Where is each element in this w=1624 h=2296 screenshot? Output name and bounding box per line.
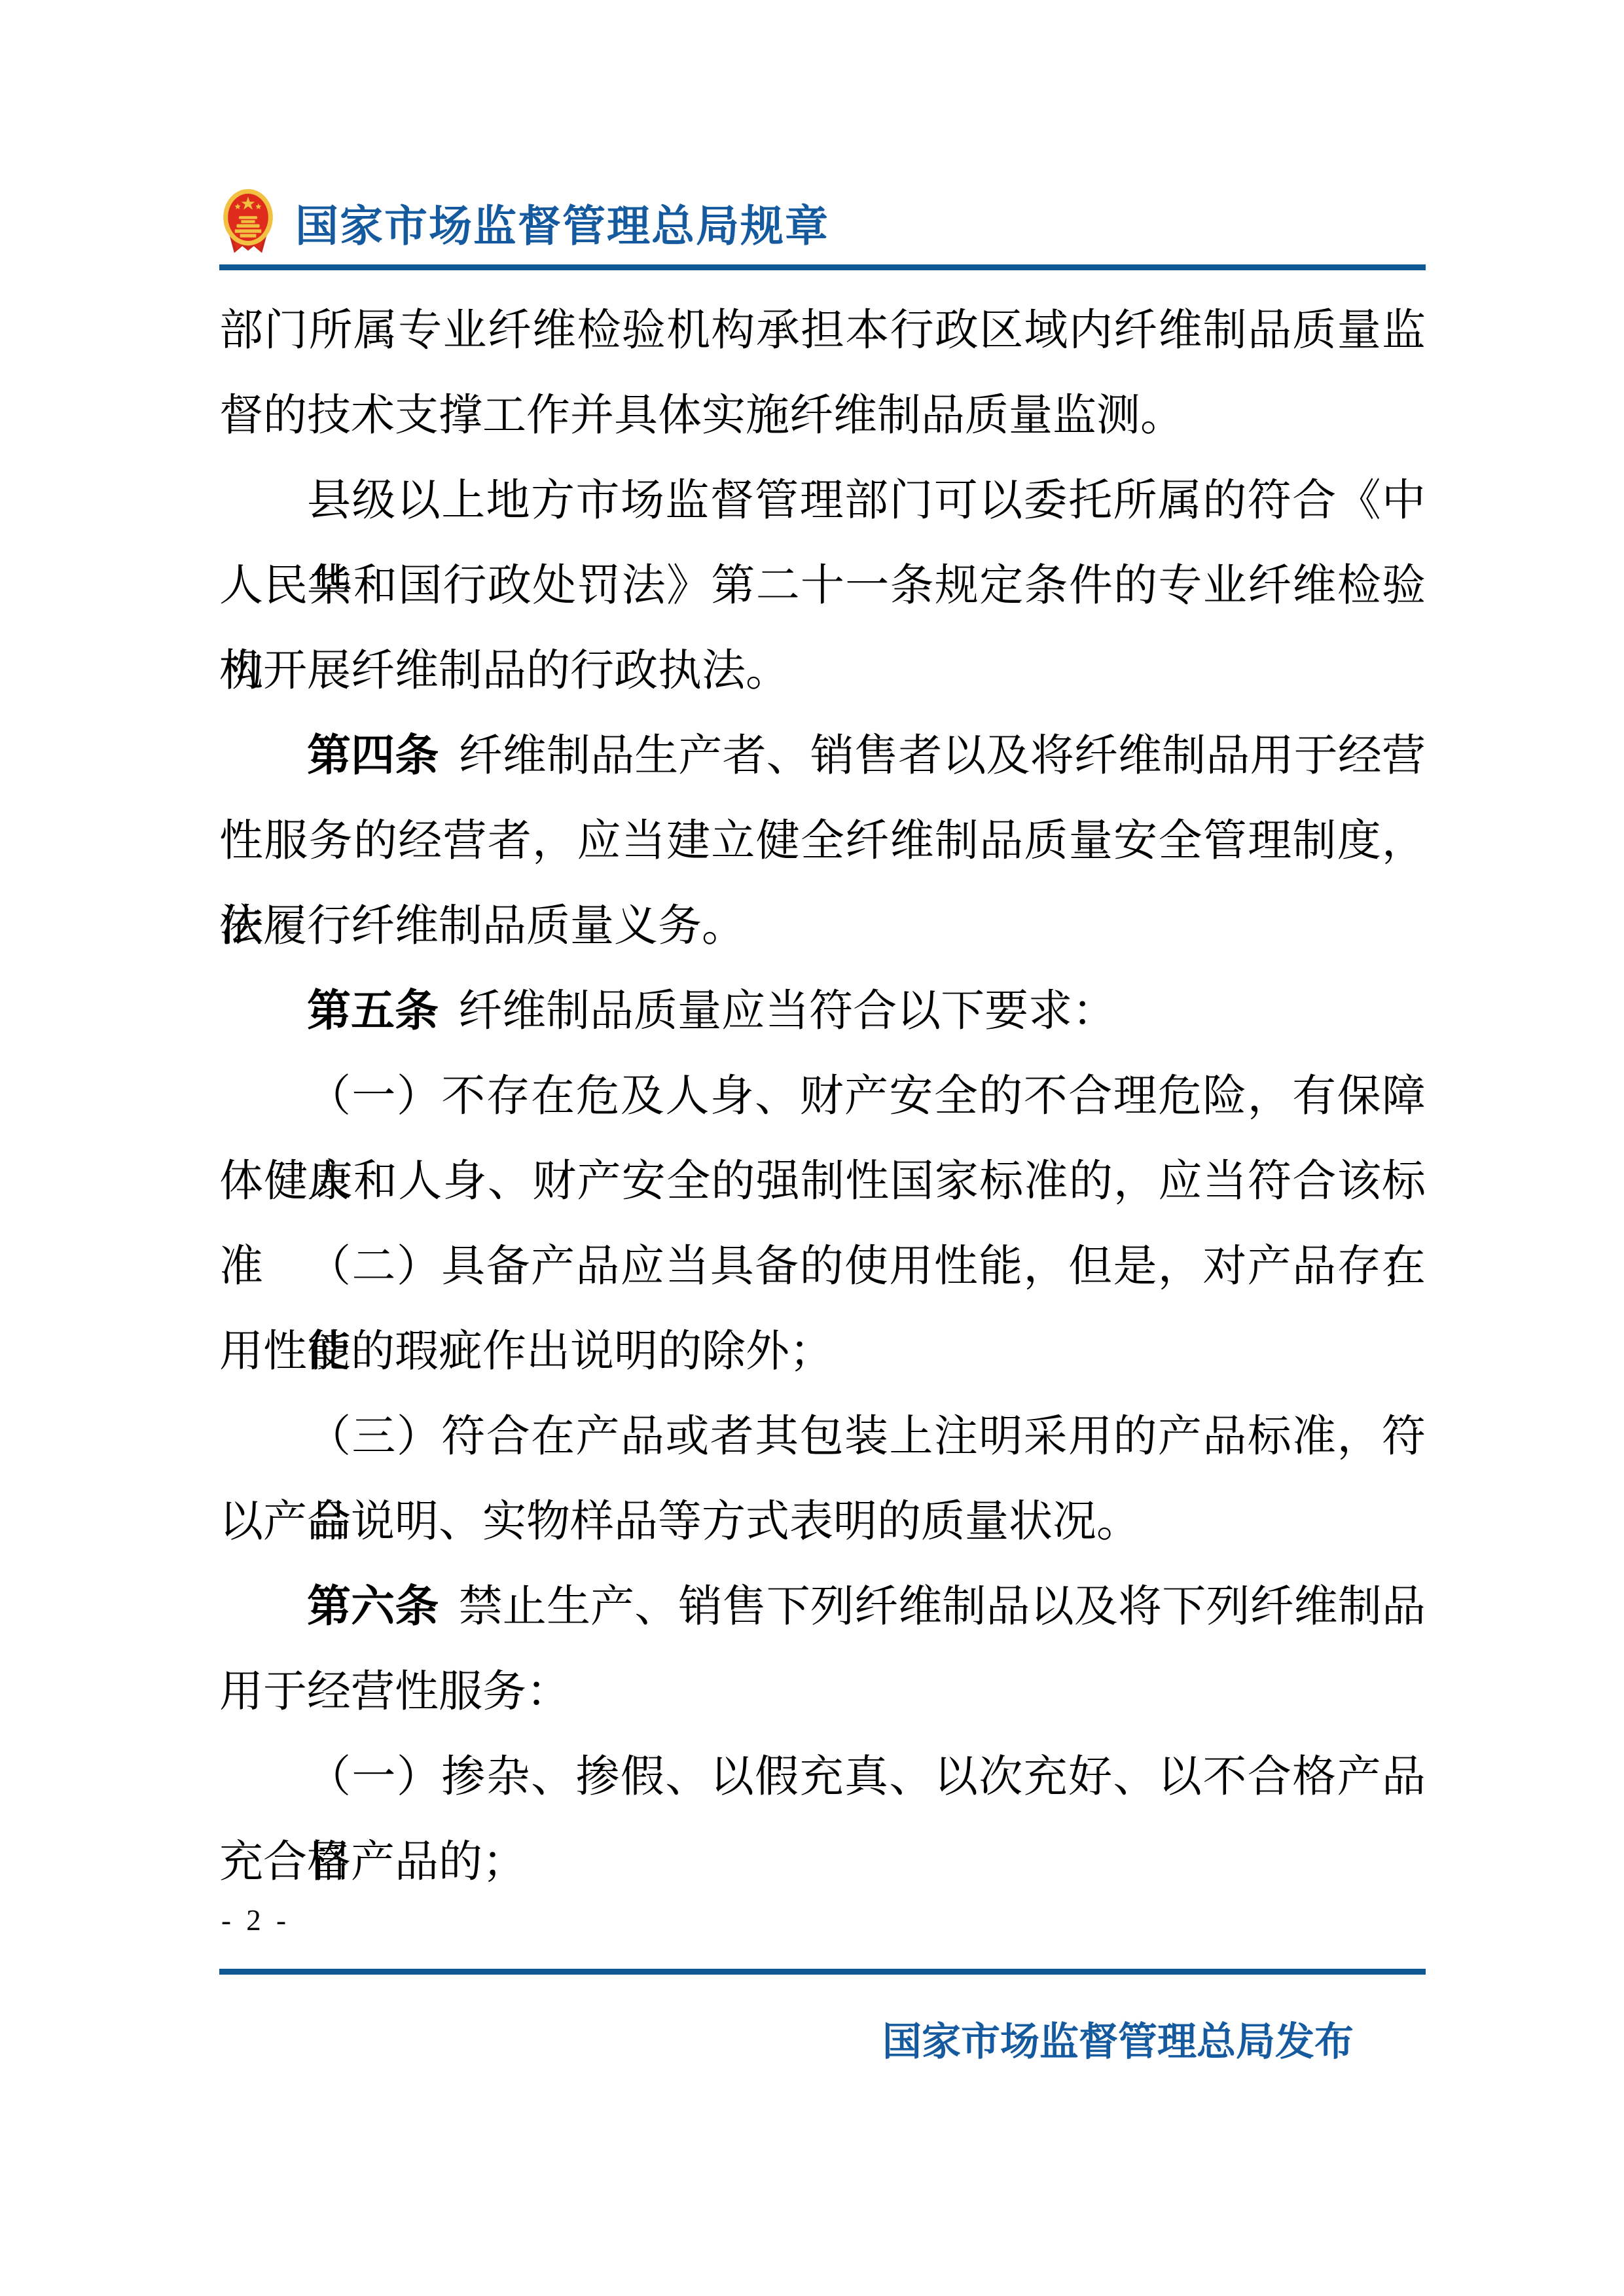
publisher-label: 国家市场监督管理总局发布: [219, 2011, 1426, 2067]
body-line: （三）符合在产品或者其包装上注明采用的产品标准，符合: [219, 1394, 1426, 1479]
body-line: 县级以上地方市场监督管理部门可以委托所属的符合《中华: [219, 458, 1426, 543]
body-line: 充合格产品的；: [219, 1820, 1426, 1905]
article-number: 第六条: [307, 1582, 439, 1631]
body-line: （二）具备产品应当具备的使用性能，但是，对产品存在使: [219, 1224, 1426, 1309]
body-line: 构开展纤维制品的行政执法。: [219, 628, 1426, 713]
page-title: 国家市场监督管理总局规章: [295, 191, 829, 253]
body-line-text: 以产品说明、实物样品等方式表明的质量状况。: [219, 1498, 1140, 1546]
page-number: - 2 -: [221, 1903, 290, 1937]
article-number: 第四条: [307, 731, 439, 780]
body-line-text: 法履行纤维制品质量义务。: [219, 902, 746, 950]
body-line-text: 纤维制品质量应当符合以下要求：: [458, 987, 1116, 1035]
body-line: 性服务的经营者，应当建立健全纤维制品质量安全管理制度，依: [219, 798, 1426, 884]
body-line-text: 用性能的瑕疵作出说明的除外；: [219, 1327, 833, 1376]
body-line: 以产品说明、实物样品等方式表明的质量状况。: [219, 1479, 1426, 1564]
body-line-text: 充合格产品的；: [219, 1838, 526, 1886]
body-line: 人民共和国行政处罚法》第二十一条规定条件的专业纤维检验机: [219, 543, 1426, 628]
body-line: 第四条纤维制品生产者、销售者以及将纤维制品用于经营: [219, 713, 1426, 798]
body-line: 部门所属专业纤维检验机构承担本行政区域内纤维制品质量监: [219, 288, 1426, 373]
body-line: 用性能的瑕疵作出说明的除外；: [219, 1309, 1426, 1394]
body-line-text: 纤维制品生产者、销售者以及将纤维制品用于经营: [459, 732, 1426, 780]
body-line-text: 部门所属专业纤维检验机构承担本行政区域内纤维制品质量监: [219, 306, 1426, 355]
body-line: 第五条纤维制品质量应当符合以下要求：: [219, 969, 1426, 1054]
body-line: （一）不存在危及人身、财产安全的不合理危险，有保障人: [219, 1054, 1426, 1139]
body-line: 体健康和人身、财产安全的强制性国家标准的，应当符合该标准；: [219, 1139, 1426, 1224]
body-line-text: 构开展纤维制品的行政执法。: [219, 647, 789, 695]
footer-rule: [219, 1969, 1426, 1975]
body-line-text: 督的技术支撑工作并具体实施纤维制品质量监测。: [219, 391, 1184, 440]
document-page: 国家市场监督管理总局规章 部门所属专业纤维检验机构承担本行政区域内纤维制品质量监…: [0, 0, 1624, 2296]
page-header: 国家市场监督管理总局规章: [219, 181, 1426, 263]
national-emblem-icon: [219, 187, 277, 257]
body-line: 法履行纤维制品质量义务。: [219, 884, 1426, 969]
body-line: 督的技术支撑工作并具体实施纤维制品质量监测。: [219, 373, 1426, 458]
body-line: 用于经营性服务：: [219, 1649, 1426, 1734]
body-line: 第六条禁止生产、销售下列纤维制品以及将下列纤维制品: [219, 1564, 1426, 1649]
article-number: 第五条: [307, 986, 439, 1035]
body-line-text: 用于经营性服务：: [219, 1668, 570, 1716]
body-line: （一）掺杂、掺假、以假充真、以次充好、以不合格产品冒: [219, 1734, 1426, 1820]
body-lines: 部门所属专业纤维检验机构承担本行政区域内纤维制品质量监督的技术支撑工作并具体实施…: [219, 288, 1426, 1905]
body-line-text: 禁止生产、销售下列纤维制品以及将下列纤维制品: [459, 1583, 1426, 1631]
header-rule: [219, 264, 1426, 270]
